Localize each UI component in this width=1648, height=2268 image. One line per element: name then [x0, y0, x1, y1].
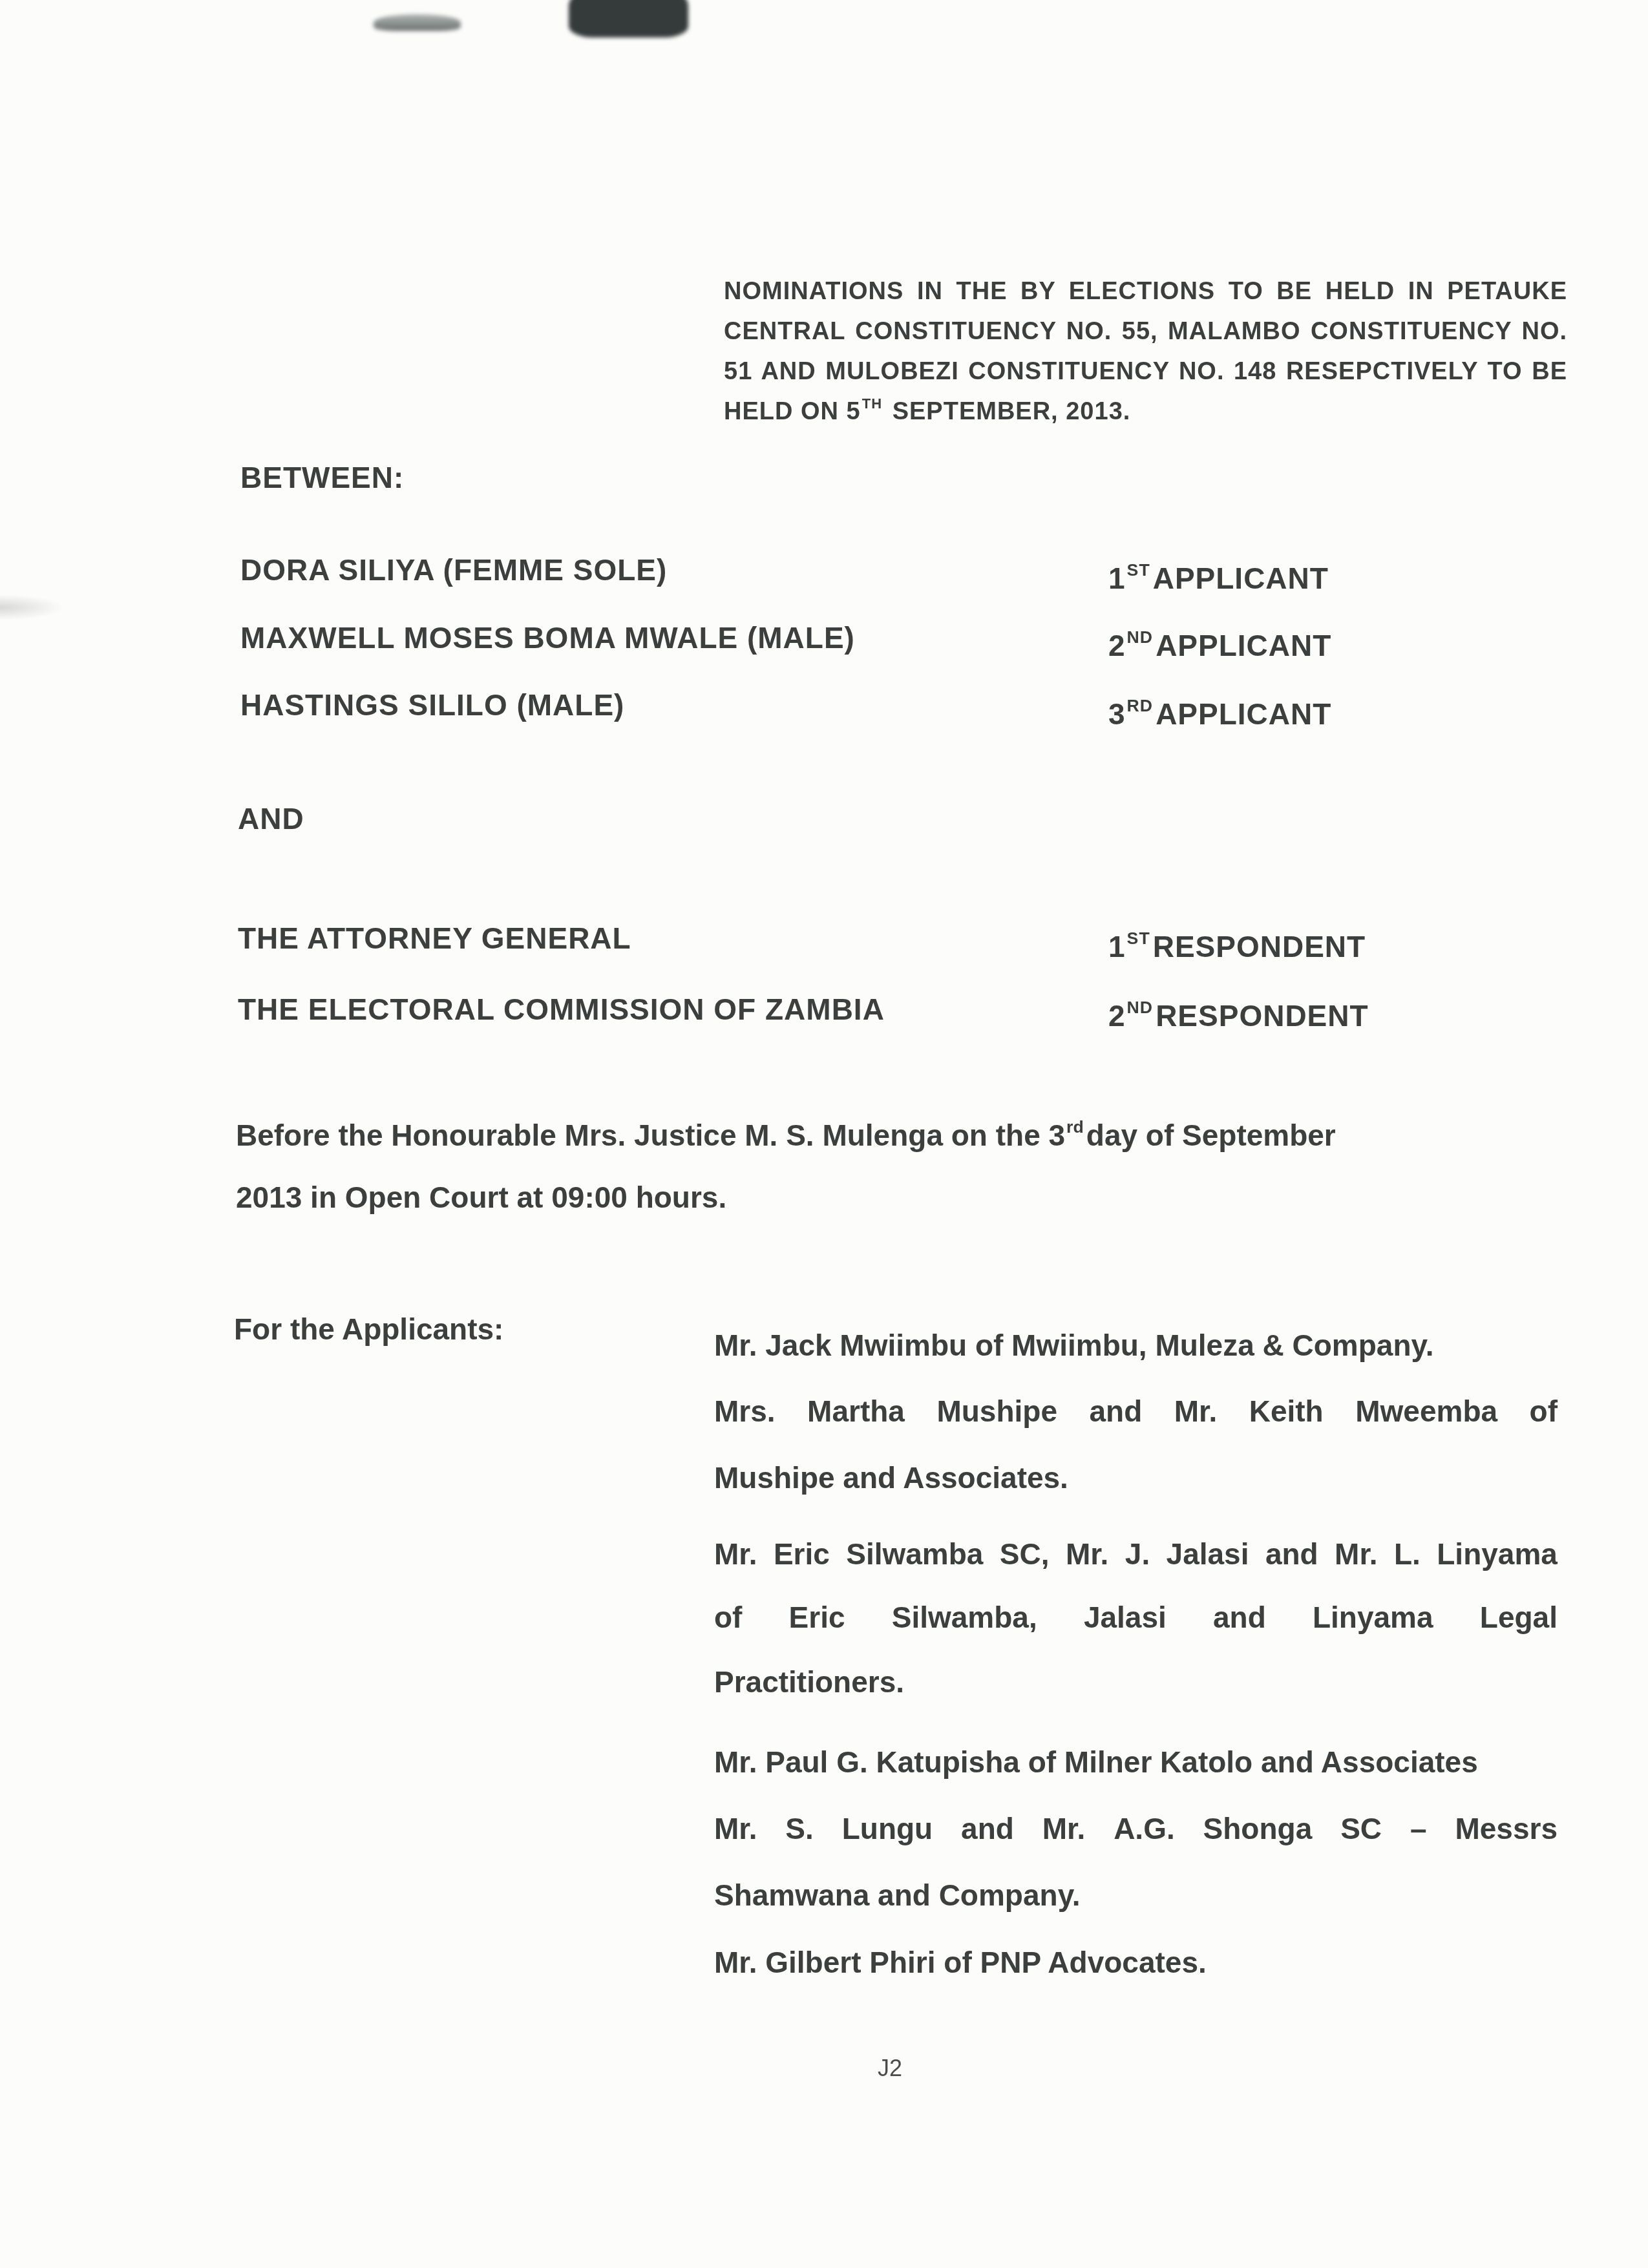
- word: of: [1530, 1394, 1558, 1429]
- counsel-line: Mr. Gilbert Phiri of PNP Advocates.: [714, 1945, 1207, 1980]
- word: Mr.: [714, 1537, 757, 1571]
- case-title-date: SEPTEMBER, 2013.: [885, 398, 1130, 425]
- case-title-block: NOMINATIONS IN THE BY ELECTIONS TO BE HE…: [724, 271, 1567, 435]
- word: Messrs: [1455, 1811, 1558, 1846]
- word: Mr.: [714, 1811, 757, 1846]
- ordinal-suffix: RD: [1127, 696, 1154, 715]
- date-superscript: TH: [862, 395, 882, 412]
- ordinal-suffix: ND: [1127, 627, 1154, 647]
- role-label: RESPONDENT: [1153, 930, 1366, 963]
- word: Eric: [789, 1600, 845, 1635]
- word: Mushipe: [936, 1394, 1057, 1429]
- word: Eric: [774, 1537, 830, 1571]
- role-label: RESPONDENT: [1156, 999, 1368, 1033]
- scan-artifact: [0, 594, 65, 620]
- word: and: [961, 1811, 1014, 1846]
- word: Silwamba: [846, 1537, 983, 1571]
- page-number: J2: [878, 2055, 902, 2082]
- respondent-name: THE ELECTORAL COMMISSION OF ZAMBIA: [238, 992, 885, 1027]
- word: S.: [785, 1811, 813, 1846]
- between-label: BETWEEN:: [240, 460, 404, 495]
- counsel-line: Mushipe and Associates.: [714, 1460, 1068, 1495]
- ordinal-number: 2: [1108, 999, 1126, 1033]
- word: Legal: [1480, 1600, 1558, 1635]
- word: SC: [1340, 1811, 1382, 1846]
- word: Keith: [1249, 1394, 1324, 1429]
- word: and: [1265, 1537, 1318, 1571]
- role-label: APPLICANT: [1156, 697, 1331, 731]
- counsel-line: ofEricSilwamba,JalasiandLinyamaLegal: [714, 1600, 1558, 1635]
- word: Silwamba,: [892, 1600, 1037, 1635]
- word: Jalasi: [1167, 1537, 1249, 1571]
- counsel-line: Mr. Paul G. Katupisha of Milner Katolo a…: [714, 1745, 1478, 1780]
- role-label: APPLICANT: [1153, 562, 1329, 595]
- coram-text: day of September: [1086, 1118, 1336, 1152]
- word: and: [1089, 1394, 1142, 1429]
- scan-smudge: [569, 0, 688, 37]
- role-label: APPLICANT: [1156, 629, 1331, 662]
- respondent-role: 1STRESPONDENT: [1108, 929, 1366, 964]
- counsel-line: Practitioners.: [714, 1664, 904, 1699]
- word: L.: [1394, 1537, 1421, 1571]
- word: Linyama: [1313, 1600, 1433, 1635]
- counsel-line: Mr.S.LunguandMr.A.G.ShongaSC–Messrs: [714, 1811, 1558, 1846]
- word: J.: [1125, 1537, 1150, 1571]
- applicant-name: MAXWELL MOSES BOMA MWALE (MALE): [240, 620, 855, 655]
- word: of: [714, 1600, 742, 1635]
- word: Mr.: [1042, 1811, 1085, 1846]
- coram-text: Before the Honourable Mrs. Justice M. S.…: [236, 1118, 1065, 1152]
- word: Mweemba: [1355, 1394, 1497, 1429]
- ordinal-number: 1: [1108, 930, 1126, 963]
- word: A.G.: [1114, 1811, 1175, 1846]
- coram-line-1: Before the Honourable Mrs. Justice M. S.…: [236, 1118, 1336, 1153]
- word: Mrs.: [714, 1394, 776, 1429]
- word: Shonga: [1203, 1811, 1313, 1846]
- word: Martha: [807, 1394, 905, 1429]
- word: Lungu: [842, 1811, 933, 1846]
- respondent-role: 2NDRESPONDENT: [1108, 998, 1369, 1033]
- document-page: NOMINATIONS IN THE BY ELECTIONS TO BE HE…: [0, 0, 1648, 2268]
- ordinal-suffix: ST: [1127, 929, 1150, 948]
- ordinal-number: 2: [1108, 629, 1126, 662]
- word: Jalasi: [1084, 1600, 1167, 1635]
- counsel-label: For the Applicants:: [234, 1312, 503, 1347]
- applicant-name: HASTINGS SILILO (MALE): [240, 688, 624, 722]
- scan-smudge: [374, 14, 461, 31]
- counsel-line: Mr. Jack Mwiimbu of Mwiimbu, Muleza & Co…: [714, 1328, 1434, 1363]
- counsel-line: Mr.EricSilwambaSC,Mr.J.JalasiandMr.L.Lin…: [714, 1537, 1558, 1571]
- applicant-role: 3RDAPPLICANT: [1108, 697, 1331, 731]
- case-title-text: NOMINATIONS IN THE BY ELECTIONS TO BE HE…: [724, 278, 1567, 425]
- ordinal-suffix: ND: [1127, 998, 1154, 1017]
- word: SC,: [1000, 1537, 1050, 1571]
- applicant-role: 1STAPPLICANT: [1108, 561, 1329, 596]
- word: Linyama: [1437, 1537, 1558, 1571]
- respondent-name: THE ATTORNEY GENERAL: [238, 921, 631, 956]
- word: Mr.: [1066, 1537, 1108, 1571]
- word: and: [1213, 1600, 1266, 1635]
- and-label: AND: [238, 801, 304, 836]
- ordinal-suffix: ST: [1127, 560, 1150, 580]
- counsel-line: Shamwana and Company.: [714, 1878, 1081, 1913]
- coram-line-2: 2013 in Open Court at 09:00 hours.: [236, 1180, 726, 1215]
- word: Mr.: [1335, 1537, 1377, 1571]
- applicant-role: 2NDAPPLICANT: [1108, 628, 1331, 663]
- applicant-name: DORA SILIYA (FEMME SOLE): [240, 552, 667, 587]
- ordinal-number: 3: [1108, 697, 1126, 731]
- word: –: [1410, 1811, 1427, 1846]
- ordinal-number: 1: [1108, 562, 1126, 595]
- word: Mr.: [1174, 1394, 1217, 1429]
- ordinal-suffix: rd: [1066, 1117, 1084, 1137]
- counsel-line: Mrs.MarthaMushipeandMr.KeithMweembaof: [714, 1394, 1558, 1429]
